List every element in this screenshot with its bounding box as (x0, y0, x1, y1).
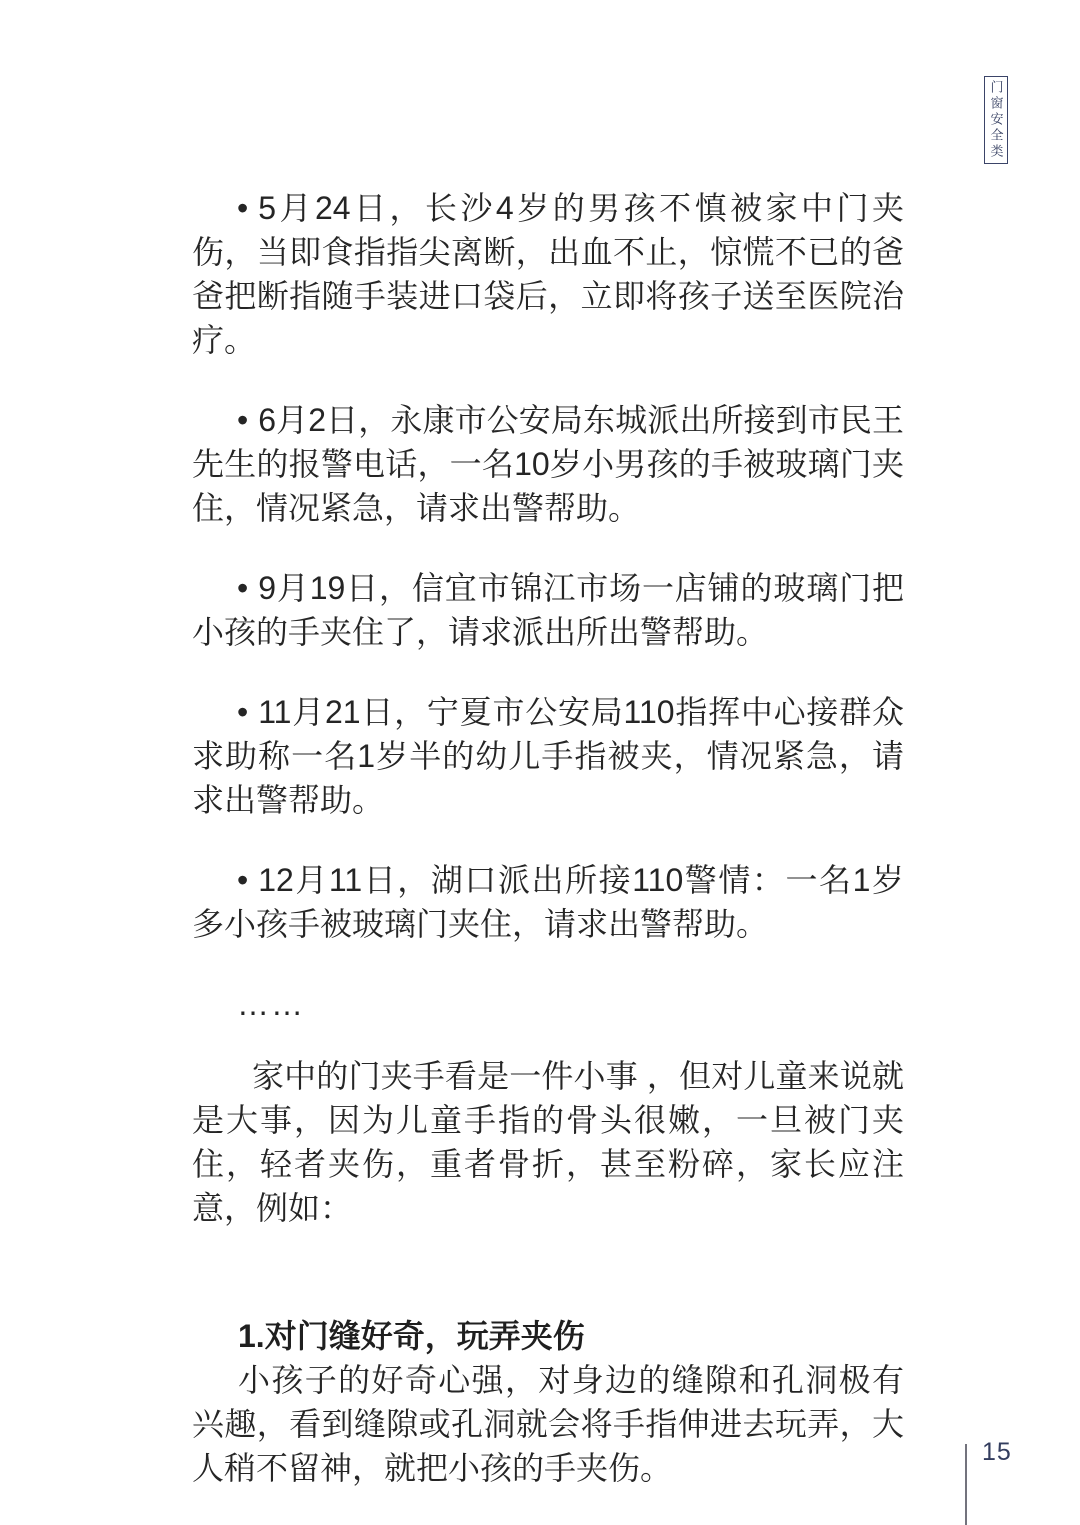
footer-vertical-rule (965, 1444, 967, 1525)
bullet-text: 11月21日，宁夏市公安局110指挥中心接群众求助称一名1岁半的幼儿手指被夹，情… (192, 694, 904, 818)
section-heading: 1.对门缝好奇，玩弄夹伤 (192, 1314, 904, 1358)
bullet-item: •9月19日，信宜市锦江市场一店铺的玻璃门把小孩的手夹住了，请求派出所出警帮助。 (192, 566, 904, 654)
bullet-item: •12月11日，湖口派出所接110警情：一名1岁多小孩手被玻璃门夹住，请求出警帮… (192, 858, 904, 946)
bullet-item: •5月24日，长沙4岁的男孩不慎被家中门夹伤，当即食指指尖离断，出血不止，惊慌不… (192, 186, 904, 362)
section-paragraph: 小孩子的好奇心强，对身边的缝隙和孔洞极有兴趣，看到缝隙或孔洞就会将手指伸进去玩弄… (192, 1358, 904, 1490)
category-side-tab: 门窗安全类 (984, 76, 1008, 164)
bullet-dot-icon: • (237, 694, 248, 730)
bullet-dot-icon: • (237, 570, 248, 606)
intro-paragraph: 家中的门夹手看是一件小事 ，但对儿童来说就是大事，因为儿童手指的骨头很嫩，一旦被… (192, 1054, 904, 1230)
bullet-text: 9月19日，信宜市锦江市场一店铺的玻璃门把小孩的手夹住了，请求派出所出警帮助。 (192, 570, 904, 650)
bullet-dot-icon: • (237, 402, 248, 438)
ellipsis-line: …… (192, 982, 904, 1026)
bullet-text: 12月11日，湖口派出所接110警情：一名1岁多小孩手被玻璃门夹住，请求出警帮助… (192, 862, 904, 942)
bullet-dot-icon: • (237, 190, 248, 226)
bullet-item: •6月2日，永康市公安局东城派出所接到市民王先生的报警电话，一名10岁小男孩的手… (192, 398, 904, 530)
bullet-text: 6月2日，永康市公安局东城派出所接到市民王先生的报警电话，一名10岁小男孩的手被… (192, 402, 904, 526)
bullet-item: •11月21日，宁夏市公安局110指挥中心接群众求助称一名1岁半的幼儿手指被夹，… (192, 690, 904, 822)
page-number: 15 (982, 1438, 1012, 1467)
bullet-dot-icon: • (237, 862, 248, 898)
document-page: 门窗安全类 •5月24日，长沙4岁的男孩不慎被家中门夹伤，当即食指指尖离断，出血… (0, 0, 1080, 1525)
bullet-text: 5月24日，长沙4岁的男孩不慎被家中门夹伤，当即食指指尖离断，出血不止，惊慌不已… (192, 190, 904, 358)
main-text-column: •5月24日，长沙4岁的男孩不慎被家中门夹伤，当即食指指尖离断，出血不止，惊慌不… (192, 186, 904, 1490)
